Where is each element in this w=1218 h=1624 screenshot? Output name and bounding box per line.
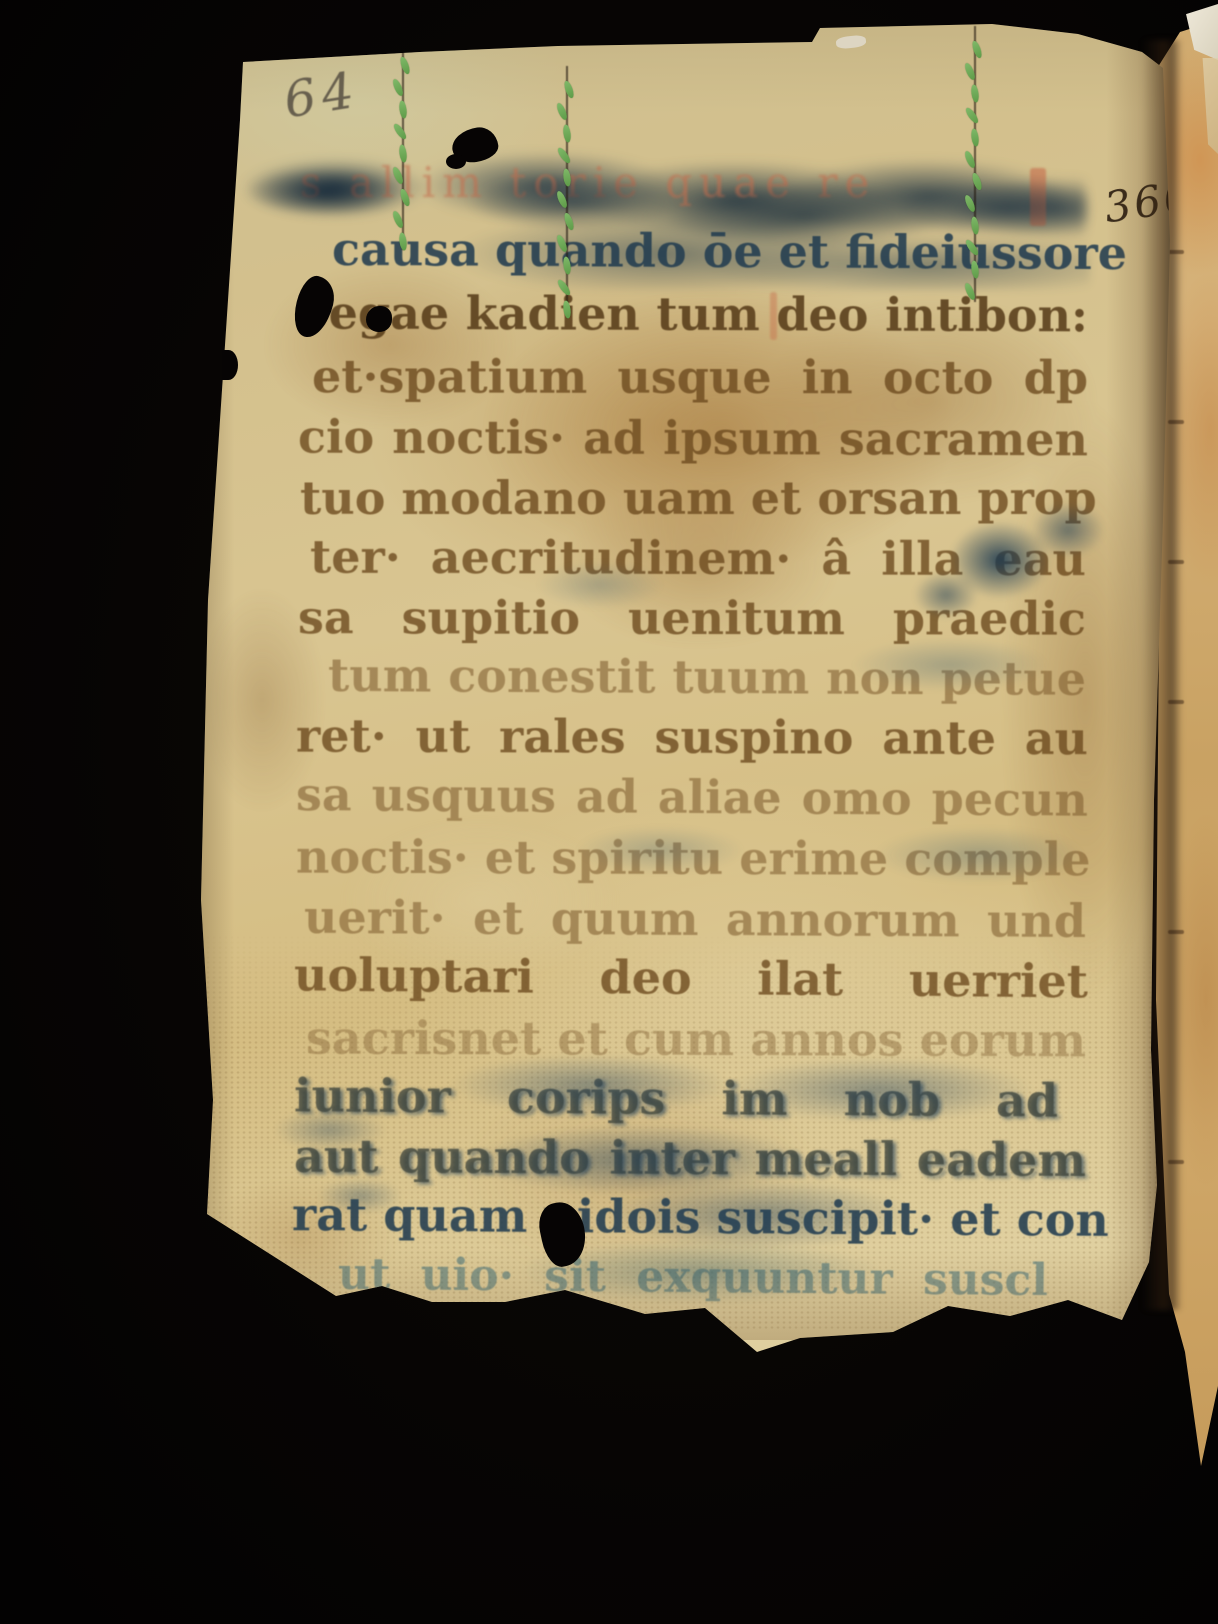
green-thread-stitch <box>392 122 408 141</box>
manuscript-photo: s allim torie quae re causa quando ōe et… <box>0 0 1218 1624</box>
repair-slit <box>566 66 568 314</box>
green-thread-stitch <box>556 146 572 165</box>
green-thread-stitch <box>563 80 576 99</box>
green-thread-stitch <box>971 40 984 59</box>
gutter-shadow <box>1142 40 1182 1310</box>
green-thread-stitch <box>964 106 980 125</box>
parchment-leaf: s allim torie quae re causa quando ōe et… <box>0 0 1218 1624</box>
worm-hole <box>446 154 466 169</box>
green-thread-stitch <box>398 100 407 119</box>
green-thread-stitch <box>964 238 980 257</box>
green-thread-stitch <box>398 144 407 163</box>
green-thread-stitch <box>562 256 571 275</box>
green-thread-stitch <box>970 84 979 103</box>
green-thread-stitch <box>562 168 571 187</box>
green-thread-stitch <box>399 188 412 207</box>
green-thread-stitch <box>556 278 572 297</box>
green-thread-stitch <box>562 124 571 143</box>
green-thread-stitch <box>970 128 979 147</box>
green-thread-stitch <box>970 216 979 235</box>
green-thread-stitch <box>970 260 979 279</box>
green-thread-stitch <box>398 232 407 251</box>
repair-stitches <box>0 0 1218 1624</box>
green-thread-stitch <box>971 172 984 191</box>
green-thread-stitch <box>399 56 412 75</box>
worm-hole <box>366 306 392 332</box>
green-thread-stitch <box>562 300 571 319</box>
green-thread-stitch <box>563 212 576 231</box>
